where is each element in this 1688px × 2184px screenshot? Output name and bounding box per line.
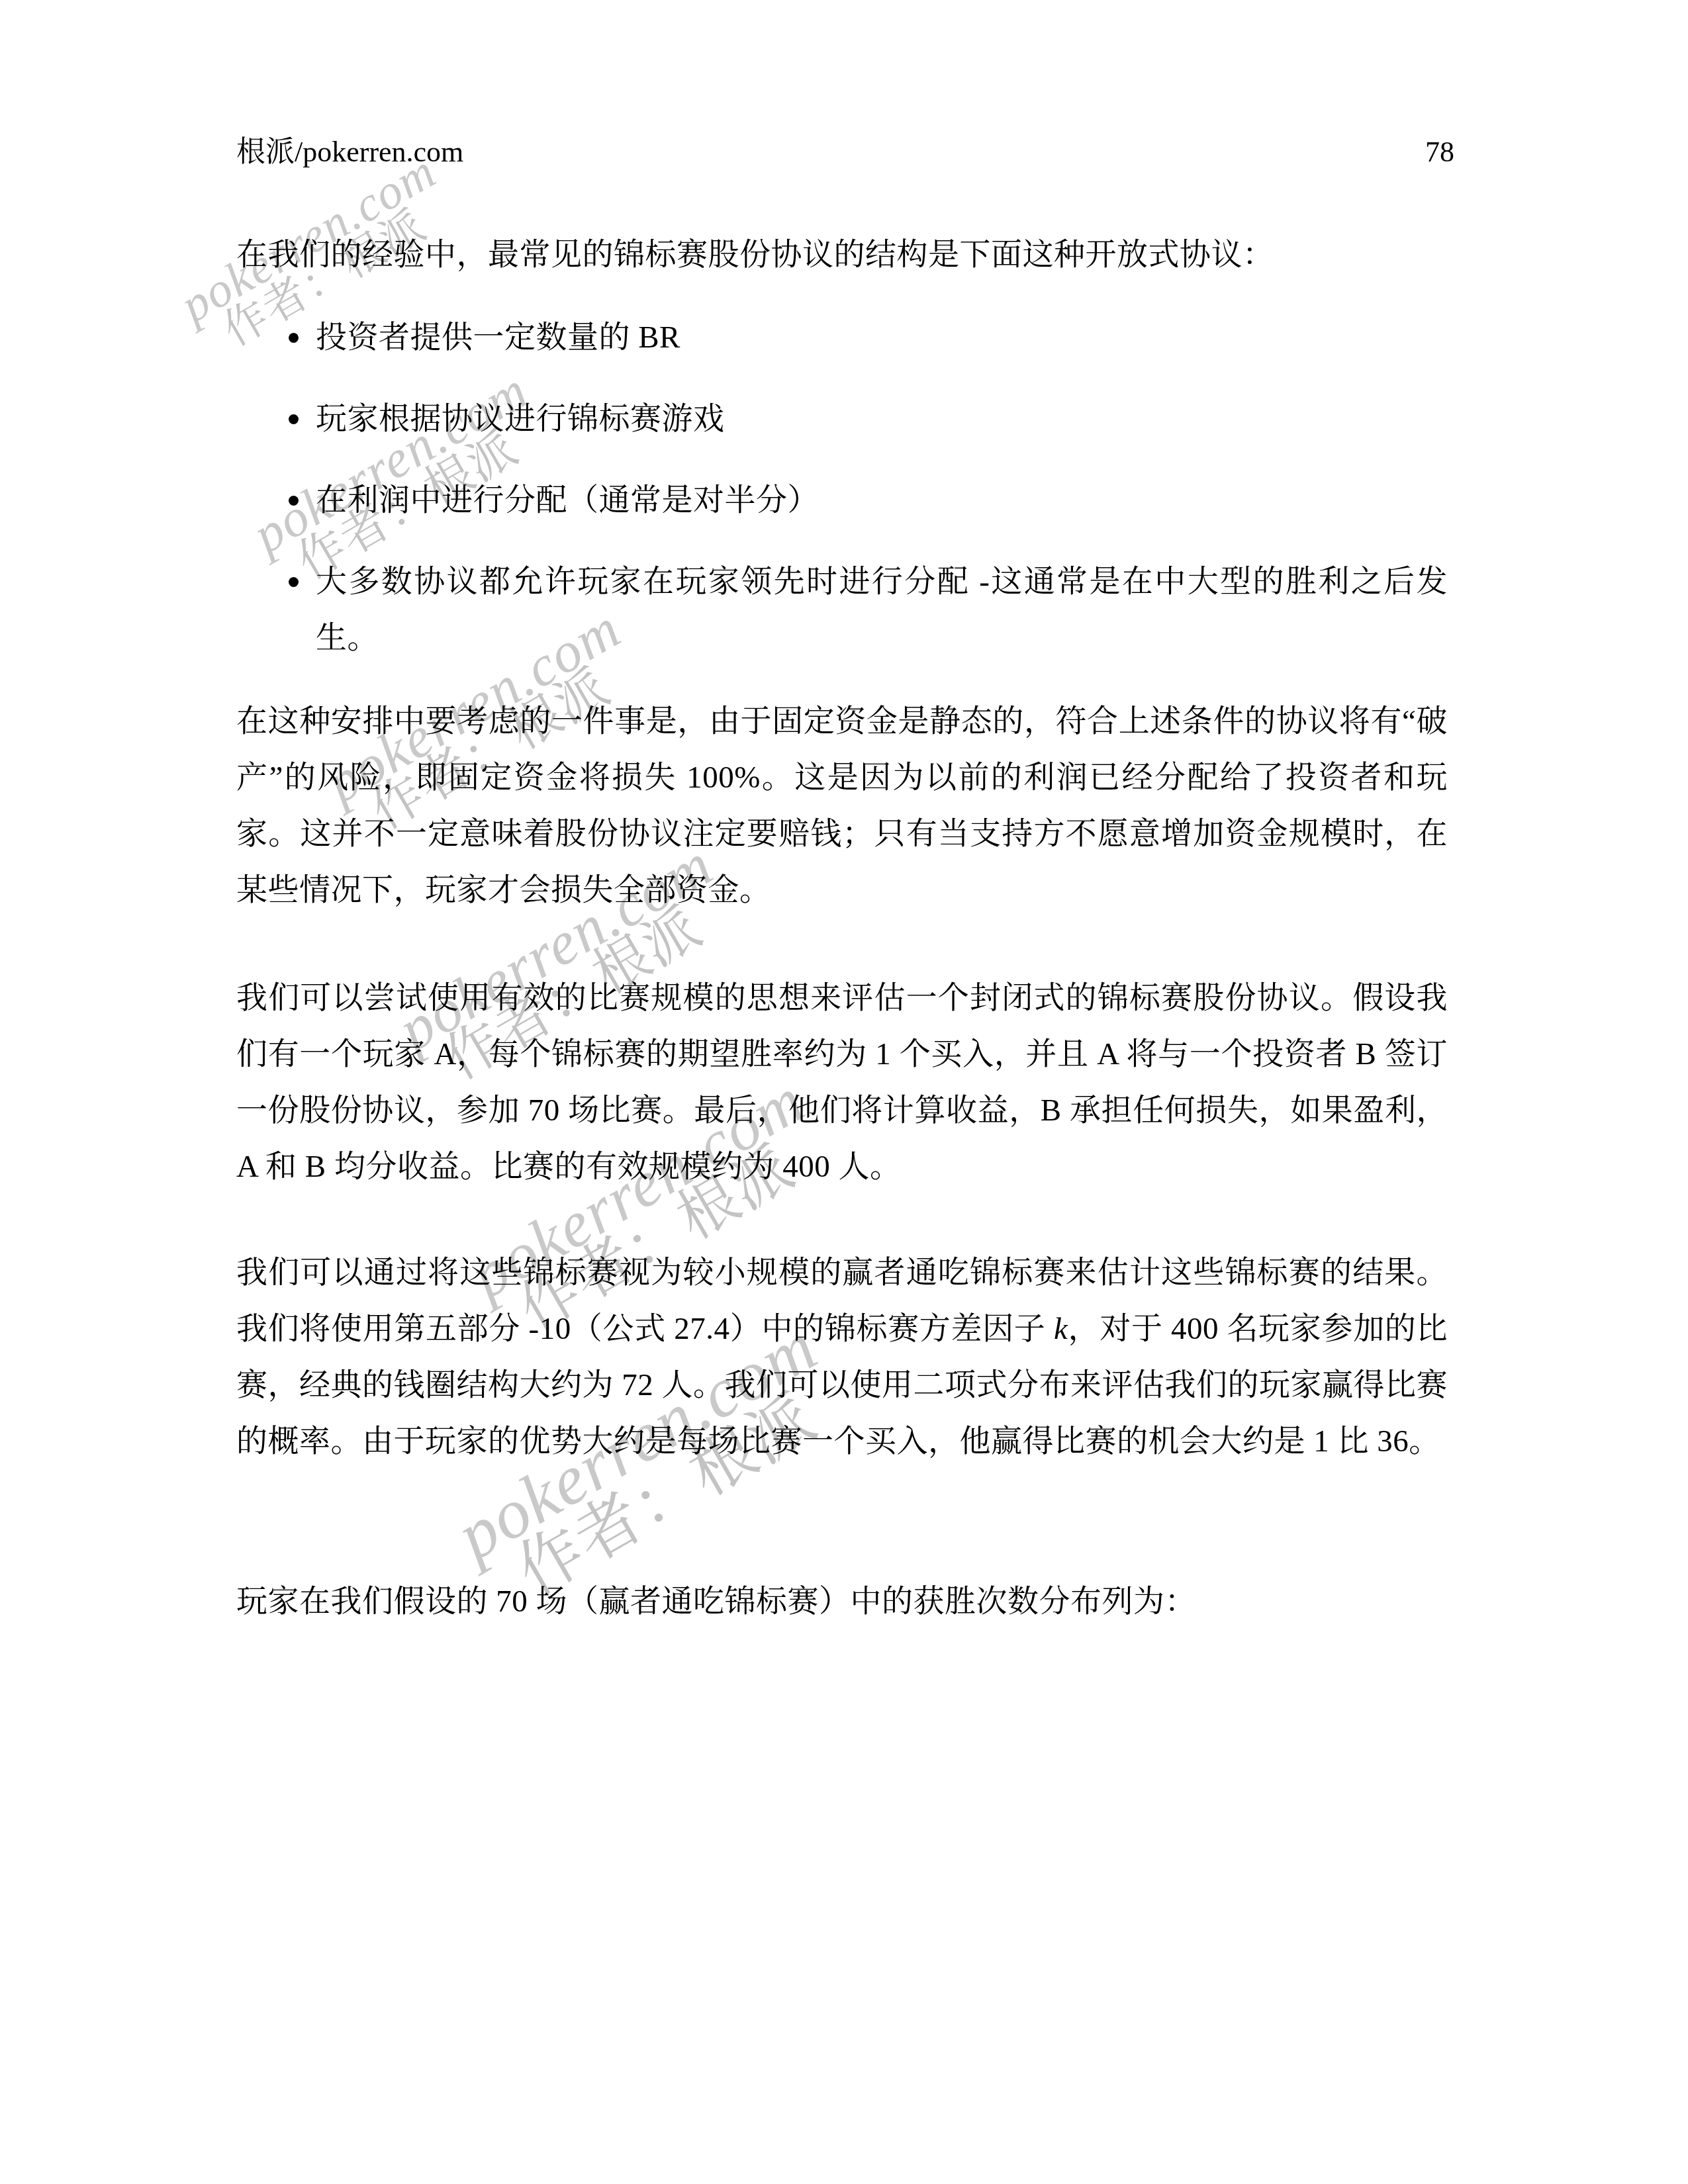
math-variable-k: k [1054, 1312, 1068, 1346]
agreement-bullet-list: 投资者提供一定数量的 BR 玩家根据协议进行锦标赛游戏 在利润中进行分配（通常是… [316, 310, 1448, 692]
list-item: 在利润中进行分配（通常是对半分） [316, 473, 1448, 529]
list-item: 大多数协议都允许玩家在玩家领先时进行分配 -这通常是在中大型的胜利之后发生。 [316, 554, 1448, 666]
paragraph-effective-field: 我们可以尝试使用有效的比赛规模的思想来评估一个封闭式的锦标赛股份协议。假设我们有… [236, 970, 1448, 1195]
paragraph-variance-factor: 我们可以通过将这些锦标赛视为较小规模的赢者通吃锦标赛来估计这些锦标赛的结果。我们… [236, 1245, 1448, 1470]
document-page: pokerren.com 作者：根派 pokerren.com 作者：根派 po… [0, 0, 1688, 2184]
header-site-label: 根派/pokerren.com [236, 132, 463, 172]
paragraph-bust-risk: 在这种安排中要考虑的一件事是，由于固定资金是静态的，符合上述条件的协议将有“破产… [236, 694, 1448, 919]
list-item: 投资者提供一定数量的 BR [316, 310, 1448, 366]
paragraph-distribution-lead-in: 玩家在我们假设的 70 场（赢者通吃锦标赛）中的获胜次数分布列为： [236, 1574, 1448, 1630]
page-number: 78 [1425, 132, 1454, 172]
paragraph-intro: 在我们的经验中，最常见的锦标赛股份协议的结构是下面这种开放式协议： [236, 227, 1448, 283]
page-header: 根派/pokerren.com 78 [236, 132, 1454, 172]
list-item: 玩家根据协议进行锦标赛游戏 [316, 391, 1448, 447]
